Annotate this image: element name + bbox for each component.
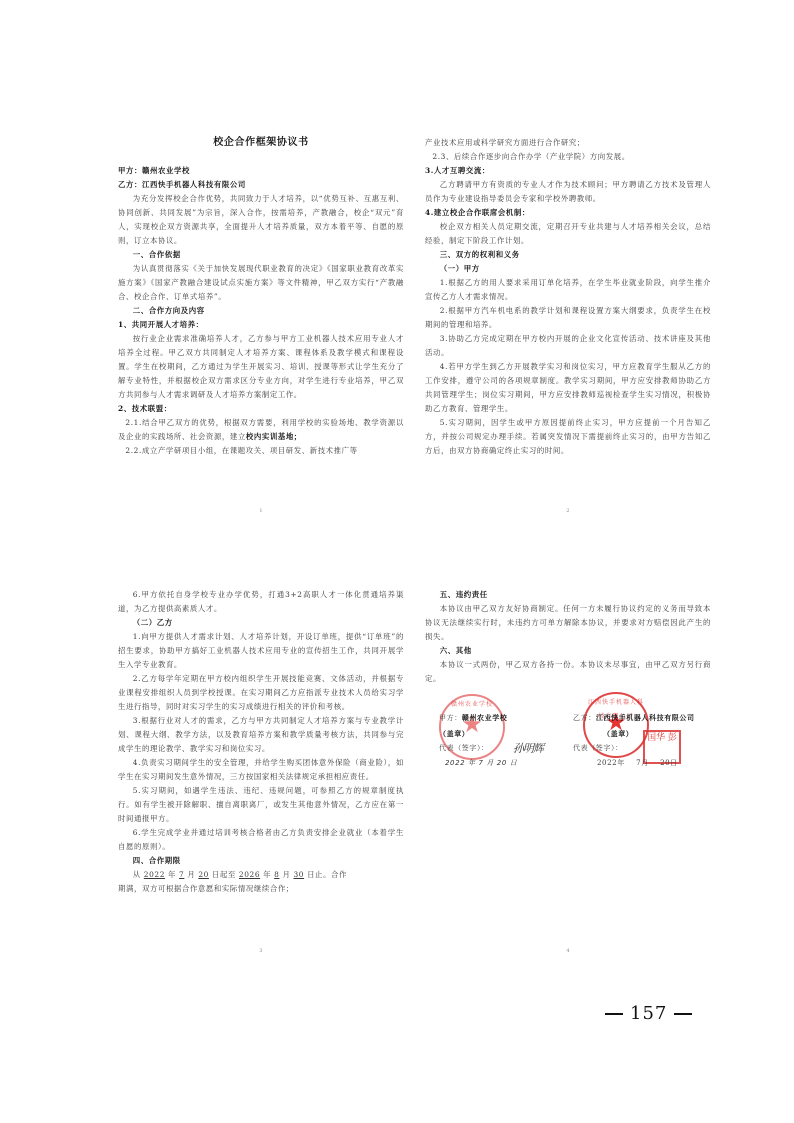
document-page-1: 校企合作框架协议书 甲方：赣州农业学校 乙方：江西快手机器人科技有限公司 为充分… [118, 130, 404, 520]
document-title: 校企合作框架协议书 [118, 136, 404, 150]
sign-a-label: 甲方： [439, 714, 462, 722]
sign-b-name: 江西快手机器人科技有限公司 [596, 713, 695, 722]
subsection-3-heading: 3.人才互聘交流： [425, 164, 711, 178]
party-a-duty-6: 6.甲方依托自身学校专业办学优势，打通3+2高职人才一体化贯通培养渠道，为乙方提… [118, 588, 404, 616]
dash-right [674, 1013, 692, 1015]
term-start-day: 20 [195, 870, 212, 879]
party-a-sign-line: 甲方：赣州农业学校 [439, 710, 579, 726]
party-a-seal-label: （盖章） [439, 726, 579, 741]
party-a-handwritten-signature: 孙明辉 [513, 742, 543, 756]
page-number: 1 [118, 504, 404, 518]
party-b-duty-2: 2.乙方每学年定期在甲方校内组织学生开展技能竞赛、文体活动，并根据专业课程安排组… [118, 672, 404, 714]
subsection-4-heading: 4.建立校企合作联席会机制： [425, 206, 711, 220]
party-a-duty-5: 5.实习期间，因学生或甲方原因提前终止实习，甲方应提前一个月告知乙方，并按公司规… [425, 416, 711, 458]
section-4-heading: 四、合作期限 [118, 854, 404, 868]
party-a-duties-heading: （一）甲方 [425, 262, 711, 276]
book-page-number: 157 [598, 1003, 699, 1024]
signature-block: 赣州农业学校 ★ 江西快手机器人科技有限公司 ★ 国华 彭 甲方：赣州农业学校 … [425, 700, 711, 800]
party-b-duties-heading: （二）乙方 [118, 616, 404, 630]
party-b-line: 乙方：江西快手机器人科技有限公司 [118, 178, 404, 192]
party-b-duty-3: 3.根据行业对人才的需求，乙方与甲方共同制定人才培养方案与专业教学计划、课程大纲… [118, 714, 404, 756]
term-start-month: 7 [176, 870, 187, 879]
term-end-year: 2026 [236, 870, 263, 879]
section-6-heading: 六、其他 [425, 644, 711, 658]
party-a-representative: 代表（签字）： [439, 741, 579, 756]
cooperation-term: 从2022年7月20日起至2026年8月30日止。合作 [118, 868, 404, 882]
party-a-duty-2: 2.根据甲方汽车机电系的教学计划和课程设置方案大纲要求，负责学生在校期间的管理和… [425, 304, 711, 332]
subsection-1-body: 按行业企业需求准确培养人才，乙方参与甲方工业机器人技术应用专业人才培养全过程。甲… [118, 332, 404, 402]
party-b-duty-1: 1.向甲方提供人才需求计划、人才培养计划，开设订单班，提供“订单班”的招生要求，… [118, 630, 404, 672]
sign-b-label: 乙方： [573, 714, 596, 722]
party-b-date: 2022年 7月 20日 [573, 756, 713, 771]
party-a-signature-area: 甲方：赣州农业学校 （盖章） 代表（签字）： 2022 年 7 月 20 日 [439, 710, 579, 771]
clause-2-2-continued: 产业技术应用或科学研究方面进行合作研究； [425, 136, 711, 150]
section-5-body: 本协议由甲乙双方友好协商制定。任何一方未履行协议约定的义务而导致本协议无法继续实… [425, 602, 711, 644]
party-a-duty-3: 3.协助乙方完成定期在甲方校内开展的企业文化宣传活动、技术讲座及其他活动。 [425, 332, 711, 360]
page-number: 4 [425, 944, 711, 958]
intro-paragraph: 为充分发挥校企合作优势，共同致力于人才培养，以“优势互补、互惠互利、协同创新、共… [118, 192, 404, 248]
party-b-signature-area: 乙方：江西快手机器人科技有限公司 （盖章） 代表（签字）： 2022年 7月 2… [573, 710, 713, 771]
clause-2-2: 2.2.成立产学研项目小组，在课题攻关、项目研发、新技术推广等 [118, 444, 404, 458]
party-b-duty-5: 5.实习期间，如遇学生违法、违纪、违规问题，可参照乙方的规章制度执行。如有学生被… [118, 784, 404, 826]
party-a-line: 甲方：赣州农业学校 [118, 164, 404, 178]
subsection-1-heading: 1、共同开展人才培养： [118, 318, 404, 332]
section-1-heading: 一、合作依据 [118, 248, 404, 262]
party-b-duty-6: 6.学生完成学业并通过培训考核合格者由乙方负责安排企业就业（本着学生自愿的原则）… [118, 826, 404, 854]
document-page-4: 五、违约责任 本协议由甲乙双方友好协商制定。任何一方未履行协议约定的义务而导致本… [425, 570, 711, 960]
party-b-sign-line: 乙方：江西快手机器人科技有限公司 [573, 710, 713, 726]
sign-a-name: 赣州农业学校 [462, 713, 508, 722]
party-b-label: 乙方： [118, 180, 142, 189]
page-number: 3 [118, 944, 404, 958]
document-page-3: 6.甲方依托自身学校专业办学优势，打通3+2高职人才一体化贯通培养渠道，为乙方提… [118, 570, 404, 960]
section-6-body: 本协议一式两份，甲乙双方各持一份。本协议未尽事宜，由甲乙双方另行商定。 [425, 658, 711, 686]
section-3-heading: 三、双方的权利和义务 [425, 248, 711, 262]
section-1-body: 为认真贯彻落实《关于加快发展现代职业教育的决定》《国家职业教育改革实施方案》《国… [118, 262, 404, 304]
party-b-representative: 代表（签字）： [573, 741, 713, 756]
term-year-label: 年 [168, 870, 176, 879]
term-end-day-label: 日止。合作 [307, 870, 347, 879]
subsection-4-body: 校企双方相关人员定期交流，定期召开专业共建与人才培养相关会议，总结经验，制定下阶… [425, 220, 711, 248]
party-a-duty-1: 1.根据乙方的用人要求采用订单化培养，在学生毕业就业阶段，向学生推介宣传乙方人才… [425, 276, 711, 304]
subsection-3-body: 乙方聘请甲方有资质的专业人才作为技术顾问；甲方聘请乙方技术及管理人员作为专业建设… [425, 178, 711, 206]
term-from-label: 从 [133, 870, 141, 879]
book-page-number-text: 157 [630, 1003, 667, 1024]
party-a-duty-4: 4.若甲方学生到乙方开展教学实习和岗位实习，甲方应教育学生服从乙方的工作安排，遵… [425, 360, 711, 416]
clause-2-1: 2.1.结合甲乙双方的优势，根据双方需要，利用学校的实验场地、教学资源以及企业的… [118, 416, 404, 444]
clause-2-1-bold: 校内实训基地； [246, 432, 302, 441]
party-a-label: 甲方： [118, 166, 142, 175]
term-start-year: 2022 [141, 870, 168, 879]
party-a-name: 赣州农业学校 [142, 166, 190, 175]
subsection-2-heading: 2、技术联盟： [118, 402, 404, 416]
party-a-date: 2022 年 7 月 20 日 [439, 756, 579, 771]
section-5-heading: 五、违约责任 [425, 588, 711, 602]
section-2-heading: 二、合作方向及内容 [118, 304, 404, 318]
page-number: 2 [425, 504, 711, 518]
term-start-day-label: 日起至 [212, 870, 236, 879]
term-end-day: 30 [290, 870, 307, 879]
party-b-name: 江西快手机器人科技有限公司 [142, 180, 246, 189]
party-b-duty-4: 4.负责实习期间学生的安全管理，并给学生购买团体意外保险（商业险），如学生在实习… [118, 756, 404, 784]
dash-left [605, 1013, 623, 1015]
party-b-seal-label: （盖章） [573, 726, 713, 741]
document-page-2: 产业技术应用或科学研究方面进行合作研究； 2.3、后续合作逐步向合作办学（产业学… [425, 130, 711, 520]
clause-2-3: 2.3、后续合作逐步向合作办学（产业学院）方向发展。 [425, 150, 711, 164]
cooperation-term-continued: 期满，双方可根据合作意愿和实际情况继续合作； [118, 882, 404, 896]
term-end-month: 8 [271, 870, 282, 879]
term-year-label-2: 年 [263, 870, 271, 879]
